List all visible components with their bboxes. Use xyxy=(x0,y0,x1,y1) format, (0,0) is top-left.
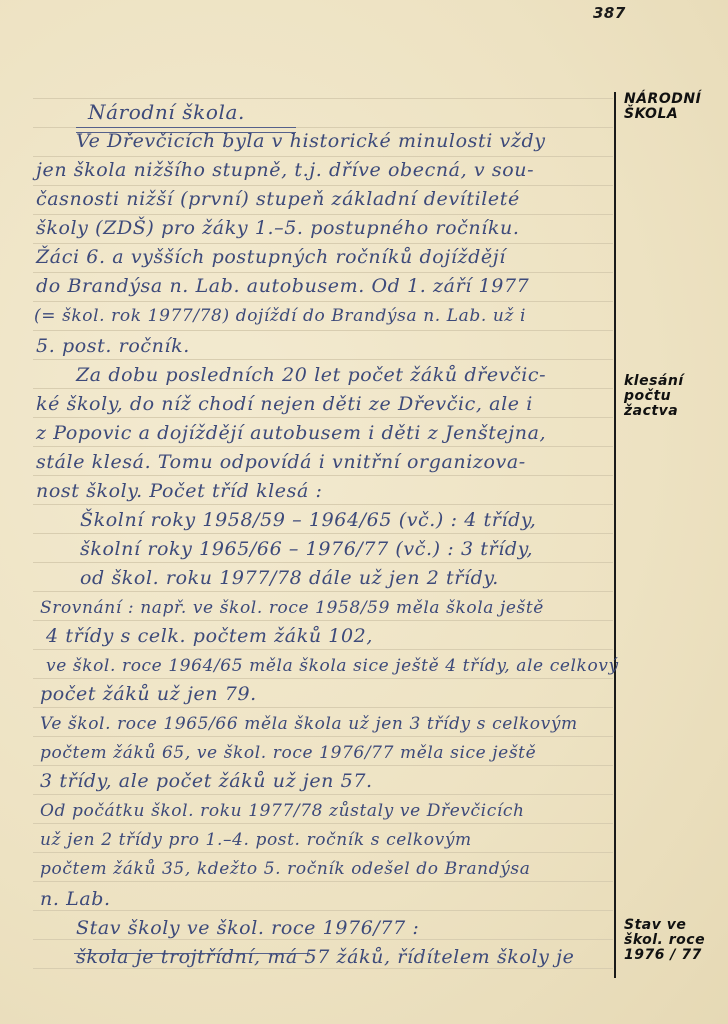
rule-line xyxy=(33,881,613,882)
text-line: 4 třídy s celk. počtem žáků 102, xyxy=(46,625,373,647)
rule-line xyxy=(33,707,613,708)
rule-line xyxy=(33,852,613,853)
rule-line xyxy=(33,968,613,969)
text-line: Ve Dřevčicích byla v historické minulost… xyxy=(76,130,546,152)
text-line: stále klesá. Tomu odpovídá i vnitřní org… xyxy=(36,451,526,473)
rule-line xyxy=(33,214,613,215)
rule-line xyxy=(33,823,613,824)
rule-line xyxy=(33,446,613,447)
margin-note-klesani-poctu-zactva: klesání počtu žactva xyxy=(624,374,684,419)
text-line: 3 třídy, ale počet žáků už jen 57. xyxy=(40,770,373,792)
rule-line xyxy=(33,736,613,737)
rule-line xyxy=(33,301,613,302)
rule-line xyxy=(33,591,613,592)
text-line: 5. post. ročník. xyxy=(36,335,190,357)
margin-divider xyxy=(614,92,616,978)
rule-line xyxy=(33,533,613,534)
text-line: ké školy, do níž chodí nejen děti ze Dře… xyxy=(36,393,533,415)
text-line: Srovnání : např. ve škol. roce 1958/59 m… xyxy=(40,598,544,618)
rule-line xyxy=(33,562,613,563)
rule-line xyxy=(33,910,613,911)
rule-line xyxy=(33,185,613,186)
rule-line xyxy=(33,504,613,505)
subsection-heading: Stav školy ve škol. roce 1976/77 : xyxy=(76,917,419,939)
rule-line xyxy=(33,98,613,99)
rule-line xyxy=(33,475,613,476)
rule-line xyxy=(33,794,613,795)
margin-note-stav-ve-skol-roce: Stav ve škol. roce 1976 / 77 xyxy=(624,918,705,963)
rule-line xyxy=(33,620,613,621)
text-line: od škol. roku 1977/78 dále už jen 2 tříd… xyxy=(80,567,499,589)
text-line: n. Lab. xyxy=(40,888,111,910)
text-line: školy (ZDŠ) pro žáky 1.–5. postupného ro… xyxy=(36,217,519,239)
margin-note-narodni-skola: NÁRODNÍ ŠKOLA xyxy=(624,92,701,122)
text-line: z Popovic a dojíždějí autobusem i děti z… xyxy=(36,422,546,444)
rule-line xyxy=(33,939,613,940)
text-line: Za dobu posledních 20 let počet žáků dře… xyxy=(76,364,546,386)
text-line: jen škola nižšího stupně, t.j. dříve obe… xyxy=(36,159,534,181)
text-line: školní roky 1965/66 – 1976/77 (vč.) : 3 … xyxy=(80,538,533,560)
text-line: škola je trojtřídní, má 57 žáků, řídítel… xyxy=(76,946,574,968)
text-line: Žáci 6. a vyšších postupných ročníků doj… xyxy=(36,246,506,268)
handwritten-chronicle-page: 387 NÁRODNÍ ŠKOL xyxy=(0,0,728,1024)
text-line: už jen 2 třídy pro 1.–4. post. ročník s … xyxy=(40,830,472,850)
rule-line xyxy=(33,243,613,244)
rule-line xyxy=(33,678,613,679)
rule-line xyxy=(33,359,613,360)
text-line: počtem žáků 35, kdežto 5. ročník odešel … xyxy=(40,859,530,879)
rule-line xyxy=(33,765,613,766)
text-line: Ve škol. roce 1965/66 měla škola už jen … xyxy=(40,714,578,734)
rule-line xyxy=(33,388,613,389)
rule-line xyxy=(33,272,613,273)
rule-line xyxy=(33,417,613,418)
text-line: časnosti nižší (první) stupeň základní d… xyxy=(36,188,520,210)
rule-line xyxy=(33,330,613,331)
text-line: (= škol. rok 1977/78) dojíždí do Brandýs… xyxy=(34,306,526,326)
text-line: Od počátku škol. roku 1977/78 zůstaly ve… xyxy=(40,801,525,821)
text-line: počtem žáků 65, ve škol. roce 1976/77 mě… xyxy=(40,743,536,763)
text-line: do Brandýsa n. Lab. autobusem. Od 1. zář… xyxy=(36,275,529,297)
rule-line xyxy=(33,649,613,650)
section-heading: Národní škola. xyxy=(88,100,245,124)
text-line: nost školy. Počet tříd klesá : xyxy=(36,480,323,502)
page-number: 387 xyxy=(593,4,626,22)
rule-line xyxy=(33,156,613,157)
text-line: Školní roky 1958/59 – 1964/65 (vč.) : 4 … xyxy=(80,509,536,531)
text-line: ve škol. roce 1964/65 měla škola sice je… xyxy=(46,656,619,676)
text-line: počet žáků už jen 79. xyxy=(40,683,257,705)
